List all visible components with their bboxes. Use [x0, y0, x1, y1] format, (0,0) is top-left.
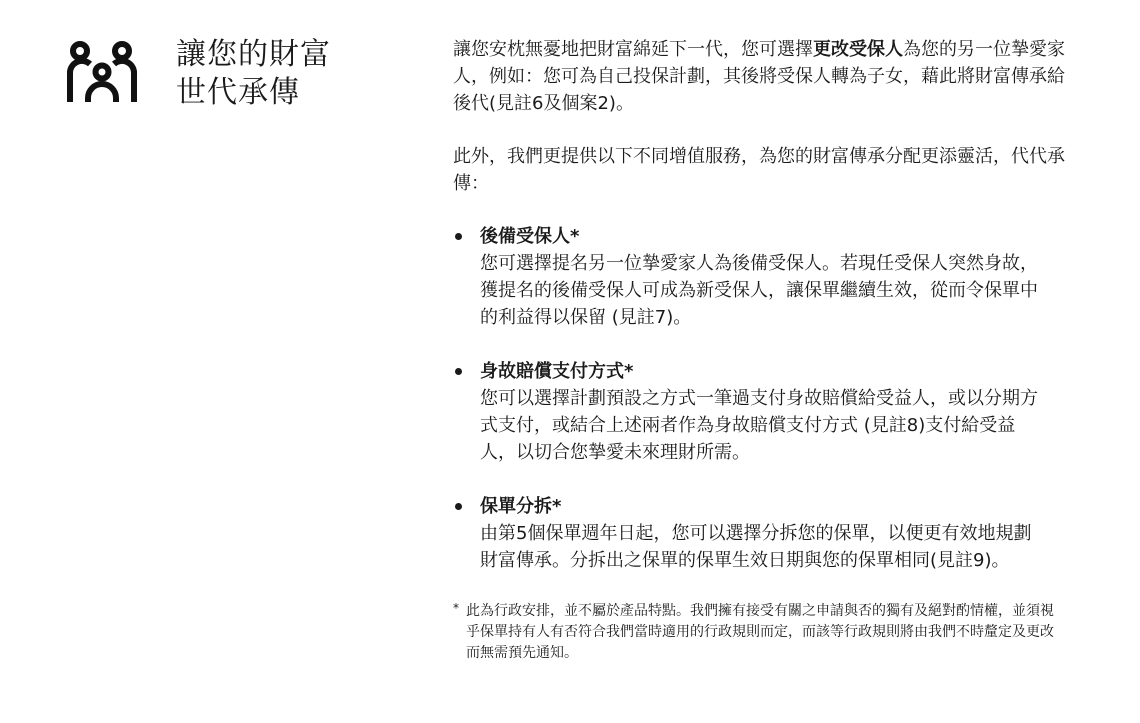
- title-line-2: 世代承傳: [176, 74, 331, 112]
- feature-title: 身故賠償支付方式*: [480, 358, 1040, 385]
- feature-item-policy-split: 保單分拆* 由第5個保單週年日起，您可以選擇分拆您的保單，以便更有效地規劃財富傳…: [453, 493, 1040, 574]
- feature-body: 您可以選擇計劃預設之方式一筆過支付身故賠償給受益人，或以分期方式支付，或結合上述…: [480, 385, 1040, 466]
- feature-title: 保單分拆*: [480, 493, 1040, 520]
- services-intro: 此外，我們更提供以下不同增值服務，為您的財富傳承分配更添靈活，代代承傳：: [453, 143, 1073, 197]
- intro-text-1: 讓您安枕無憂地把財富綿延下一代，您可選擇: [453, 39, 813, 60]
- feature-list: 後備受保人* 您可選擇提名另一位摯愛家人為後備受保人。若現任受保人突然身故，獲提…: [453, 223, 1073, 574]
- main-content: 讓您安枕無憂地把財富綿延下一代，您可選擇更改受保人為您的另一位摯愛家人，例如：您…: [453, 36, 1073, 664]
- section-title: 讓您的財富 世代承傳: [176, 36, 331, 112]
- footnote: * 此為行政安排，並不屬於產品特點。我們擁有接受有關之申請與否的獨有及絕對酌情權…: [453, 601, 1066, 664]
- feature-title: 後備受保人*: [480, 223, 1040, 250]
- intro-paragraph: 讓您安枕無憂地把財富綿延下一代，您可選擇更改受保人為您的另一位摯愛家人，例如：您…: [453, 36, 1073, 117]
- bullet-icon: [455, 233, 462, 240]
- bullet-icon: [455, 368, 462, 375]
- feature-item-backup-insured: 後備受保人* 您可選擇提名另一位摯愛家人為後備受保人。若現任受保人突然身故，獲提…: [453, 223, 1040, 331]
- bullet-icon: [455, 503, 462, 510]
- title-line-1: 讓您的財富: [176, 36, 331, 74]
- family-icon: [66, 40, 138, 104]
- footnote-text: 此為行政安排，並不屬於產品特點。我們擁有接受有關之申請與否的獨有及絕對酌情權，並…: [466, 603, 1054, 661]
- intro-bold-text: 更改受保人: [813, 39, 903, 60]
- feature-item-death-benefit-payment: 身故賠償支付方式* 您可以選擇計劃預設之方式一筆過支付身故賠償給受益人，或以分期…: [453, 358, 1040, 466]
- footnote-marker: *: [453, 598, 459, 619]
- feature-body: 您可選擇提名另一位摯愛家人為後備受保人。若現任受保人突然身故，獲提名的後備受保人…: [480, 250, 1040, 331]
- feature-body: 由第5個保單週年日起，您可以選擇分拆您的保單，以便更有效地規劃財富傳承。分拆出之…: [480, 520, 1040, 574]
